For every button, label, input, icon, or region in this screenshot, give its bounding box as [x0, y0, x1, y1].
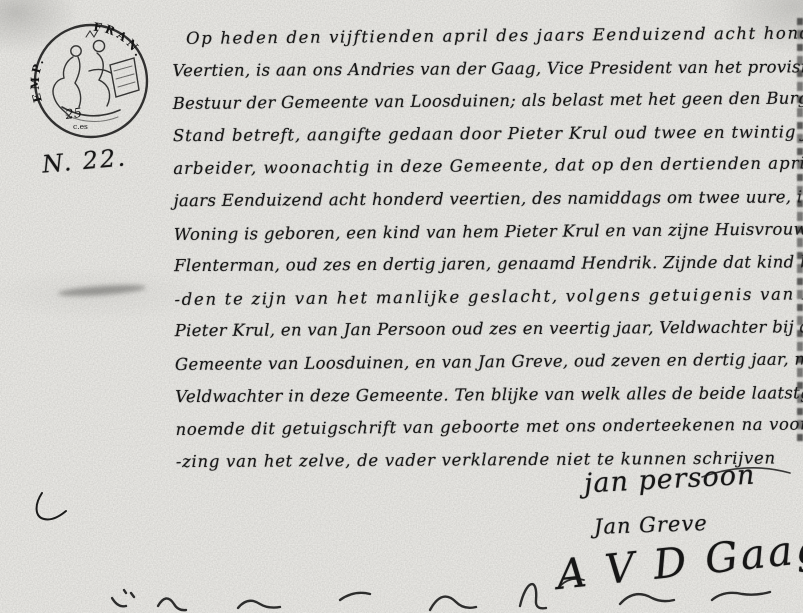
act-text-block: Op heden den vijftienden april des jaars… [172, 17, 803, 479]
act-text-line: arbeider, woonachtig in deze Gemeente, d… [173, 148, 803, 186]
act-text-line: noemde dit getuigschrift van geboorte me… [175, 409, 803, 447]
act-text-line: Veldwachter in deze Gemeente. Ten blijke… [175, 377, 803, 413]
act-text-line: Woning is geboren, een kind van hem Piet… [174, 213, 803, 251]
act-text-line: jaars Eenduizend acht honderd veertien, … [173, 181, 803, 217]
margin-hook-mark [37, 493, 66, 519]
stamp-seal-graphic: EMP. FRAN. 25 c.es [26, 15, 158, 147]
scan-edge-artifact [797, 18, 803, 442]
fiscal-stamp-seal: EMP. FRAN. 25 c.es [26, 15, 158, 147]
act-text-line: Flenterman, oud zes en dertig jaren, gen… [174, 246, 803, 282]
stamp-arc-text-left: EMP. [28, 54, 48, 104]
act-text-line: -den te zijn van het manlijke geslacht, … [174, 278, 803, 316]
act-text-line: Veertien, is aan ons Andries van der Gaa… [172, 51, 803, 87]
act-text-line: Op heden den vijftienden april des jaars… [172, 17, 803, 55]
margin-smudge [58, 283, 146, 298]
document-scan-page: EMP. FRAN. 25 c.es N. 22. Op heden den v… [0, 0, 803, 613]
act-text-line: Stand betreft, aangifte gedaan door Piet… [173, 116, 803, 152]
svg-text:EMP. FRAN.: EMP. FRAN. [28, 20, 147, 108]
act-number: N. 22. [41, 143, 128, 178]
stamp-denomination: 25 [63, 106, 82, 123]
act-text-line: Bestuur der Gemeente van Loosduinen; als… [173, 83, 803, 121]
act-text-line: Gemeente van Loosduinen, en van Jan Grev… [175, 343, 803, 381]
stamp-denomination-unit: c.es [73, 122, 88, 131]
act-text-line: Pieter Krul, en van Jan Persoon oud zes … [175, 312, 803, 348]
signature-jan-greve: Jan Greve [594, 511, 708, 539]
